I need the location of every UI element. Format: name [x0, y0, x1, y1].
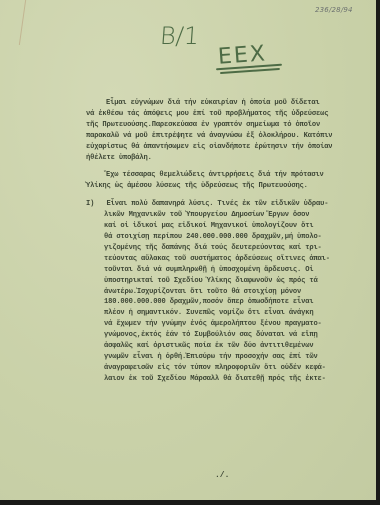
text-line: τεύοντας αὔλακας τοῦ συστήματος ἀρδεύσεω…	[86, 254, 368, 265]
text-line: Ἔχω τέσσαρας θεμελιώδεις ἀντιρρήσεις διά…	[86, 170, 368, 181]
text-line: 180.000.000.000 δραχμῶν,ποσόν ὅπερ ὁπωσδ…	[86, 297, 368, 308]
text-line: Εἶμαι εὐγνώμων διά τήν εὐκαιρίαν ἡ ὁποία…	[86, 98, 368, 109]
item-number: I)	[86, 200, 94, 208]
text-line: θά στοιχίσῃ περίπου 240.000.000.000 δραχ…	[86, 232, 368, 243]
paper-fold-mark	[19, 0, 36, 45]
reference-number: 236/28/94	[315, 6, 353, 14]
text-line: γνώμονος,ἐκτός ἐάν τό Συμβούλιόν σας δύν…	[86, 330, 368, 341]
text-line: Ὑλίκης ὡς ἀμέσου λύσεως τῆς ὑδρεύσεως τῆ…	[86, 181, 368, 192]
numbered-item: I) Εἶναι πολύ δαπανηρά λύσις. Τινές ἐκ τ…	[86, 199, 368, 210]
text-line: γνωμῶν εἶναι ἡ ὀρθή.Ἐπισύρω τήν προσοχήν…	[86, 352, 368, 363]
text-line: Εἶναι πολύ δαπανηρά λύσις. Τινές ἐκ τῶν …	[107, 200, 329, 208]
text-line: νά ἔχωμεν τήν γνώμην ἑνός ἀμερολήπτου ξέ…	[86, 319, 368, 330]
text-line: πλέον ἡ σημαντικόν. Συνεπῶς νομίζω ὅτι ε…	[86, 308, 368, 319]
text-line: τῆς Πρωτευούσης.Παρεσκεύασα ἐν γραπτόν σ…	[86, 120, 368, 131]
document-page: 236/28/94 B/1 EEX Εἶμαι εὐγνώμων διά τήν…	[0, 0, 376, 500]
text-line: ἠθέλετε ὑποβάλη.	[86, 153, 368, 164]
text-line: ὑποστηρικταί τοῦ Σχεδίου Ὑλίκης διαφωνοῦ…	[86, 276, 368, 287]
text-line: λικῶν Μηχανικῶν τοῦ Ὑπουργείου Δημοσίων …	[86, 210, 368, 221]
text-line: καί οἱ ἰδικοί μας εἰδικοί Μηχανικοί ὑπολ…	[86, 221, 368, 232]
text-line: εὐχαρίστως θά ἀπαντήσωμεν εἰς οἱανδήποτε…	[86, 142, 368, 153]
text-line: γιζομένης τῆς δαπάνης διά τούς δευτερεύο…	[86, 243, 368, 254]
text-line: ἀνωτέρω.Ἰσχυρίζονται ὅτι τοῦτο θά στοιχί…	[86, 287, 368, 298]
typewritten-body: Εἶμαι εὐγνώμων διά τήν εὐκαιρίαν ἡ ὁποία…	[86, 98, 368, 385]
text-line: παρακαλῶ νά μοῦ ἐπιτρέψητε νά ἀναγνώσω ἐ…	[86, 131, 368, 142]
text-line: λαιον ἐκ τοῦ Σχεδίου Μάρσαλλ θά διατεθῇ …	[86, 374, 368, 385]
continuation-mark: ./.	[215, 471, 229, 480]
text-line: ἀναγραφεισῶν εἰς τόν τύπον πληροφοριῶν ὅ…	[86, 363, 368, 374]
text-line: νά ἐκθέσω τάς ἀπόψεις μου ἐπί τοῦ προβλή…	[86, 109, 368, 120]
handwritten-mark: B/1	[159, 22, 200, 50]
text-line: τοῦνται διά νά συμπληρωθῇ ἡ ὑποσχομένη ἄ…	[86, 265, 368, 276]
text-line: ἀσφαλῶς καί ὁριστικῶς ποία ἐκ τῶν δύο ἀν…	[86, 341, 368, 352]
